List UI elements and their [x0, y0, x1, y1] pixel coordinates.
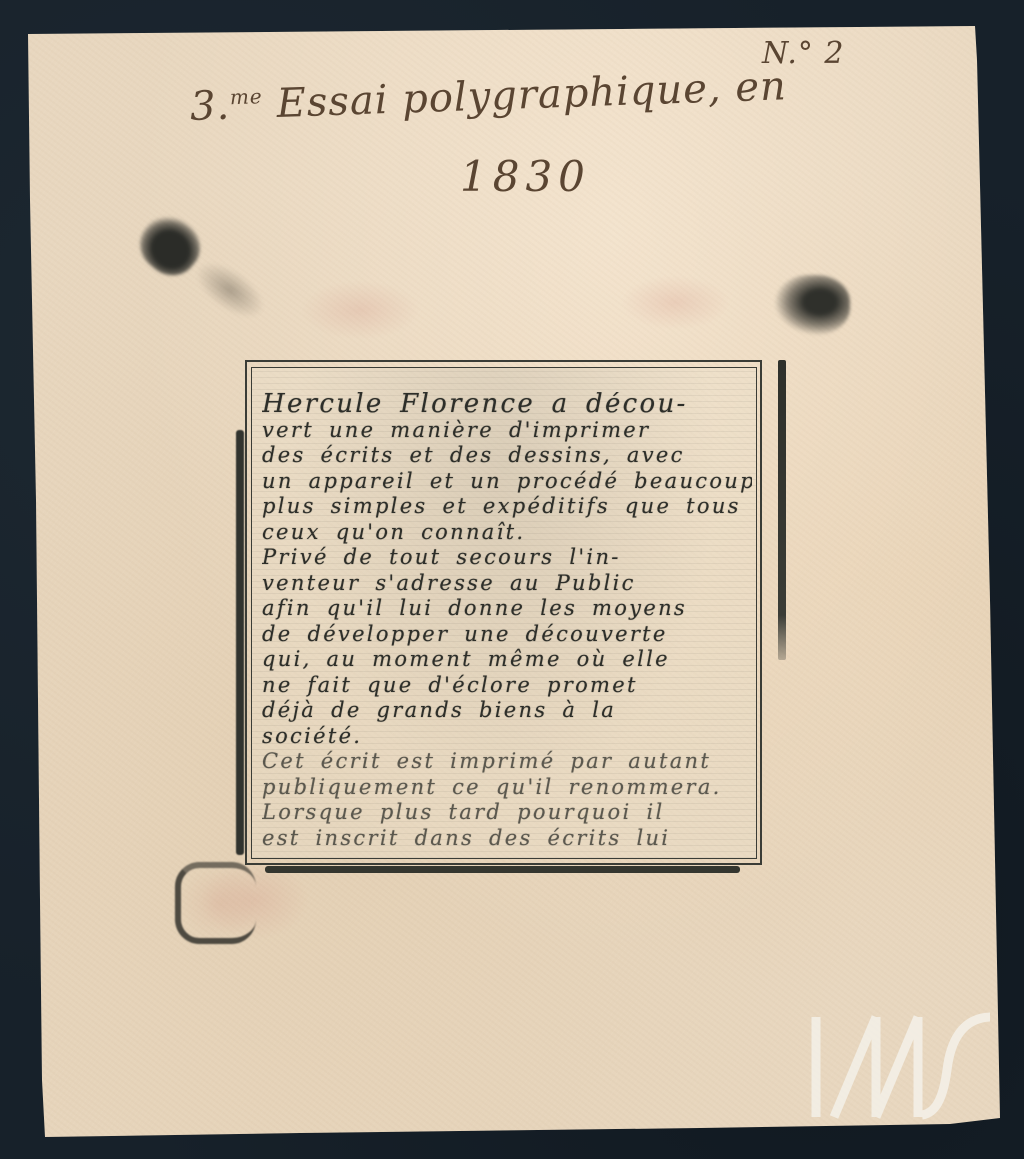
plate-line: vert une manière d'imprimer	[262, 418, 752, 444]
plate-line: déjà de grands biens à la	[262, 698, 752, 724]
ims-watermark-logo	[790, 1005, 990, 1120]
plate-line: venteur s'adresse au Public	[262, 571, 752, 597]
ink-stain	[300, 280, 420, 340]
plate-line: société.	[262, 724, 752, 750]
plate-line: ceux qu'on connaît.	[262, 520, 752, 546]
ink-stain	[620, 275, 730, 330]
paper-sheet: N.° 2 3.me Essai polygraphique, en 1830 …	[0, 0, 1024, 1159]
ink-smudge-bottom-left	[175, 862, 256, 944]
plate-line: Hercule Florence a décou-	[262, 392, 752, 418]
printed-plate-text: Hercule Florence a décou- vert une maniè…	[262, 392, 752, 851]
ink-smudge-top-right	[775, 275, 850, 335]
title-ordinal: 3.	[189, 83, 231, 130]
ims-logo-icon	[790, 1005, 990, 1120]
plate-line: Lorsque plus tard pourquoi il	[262, 800, 752, 826]
plate-line: publiquement ce qu'il renommera.	[262, 775, 752, 801]
plate-line: qui, au moment même où elle	[262, 647, 752, 673]
plate-line: de développer une découverte	[262, 622, 752, 648]
plate-right-edge	[778, 360, 786, 660]
document-year: 1830	[460, 152, 591, 201]
plate-line: est inscrit dans des écrits lui	[262, 826, 752, 852]
plate-line: Privé de tout secours l'in-	[262, 545, 752, 571]
title-ordinal-suffix: me	[229, 84, 263, 109]
plate-line: un appareil et un procédé beaucoup	[262, 469, 752, 495]
plate-line: Cet écrit est imprimé par autant	[262, 749, 752, 775]
plate-line: plus simples et expéditifs que tous	[262, 494, 752, 520]
plate-bottom-edge	[265, 866, 740, 873]
plate-left-edge	[236, 430, 244, 855]
plate-line: des écrits et des dessins, avec	[262, 443, 752, 469]
plate-line: afin qu'il lui donne les moyens	[262, 596, 752, 622]
plate-line: ne fait que d'éclore promet	[262, 673, 752, 699]
